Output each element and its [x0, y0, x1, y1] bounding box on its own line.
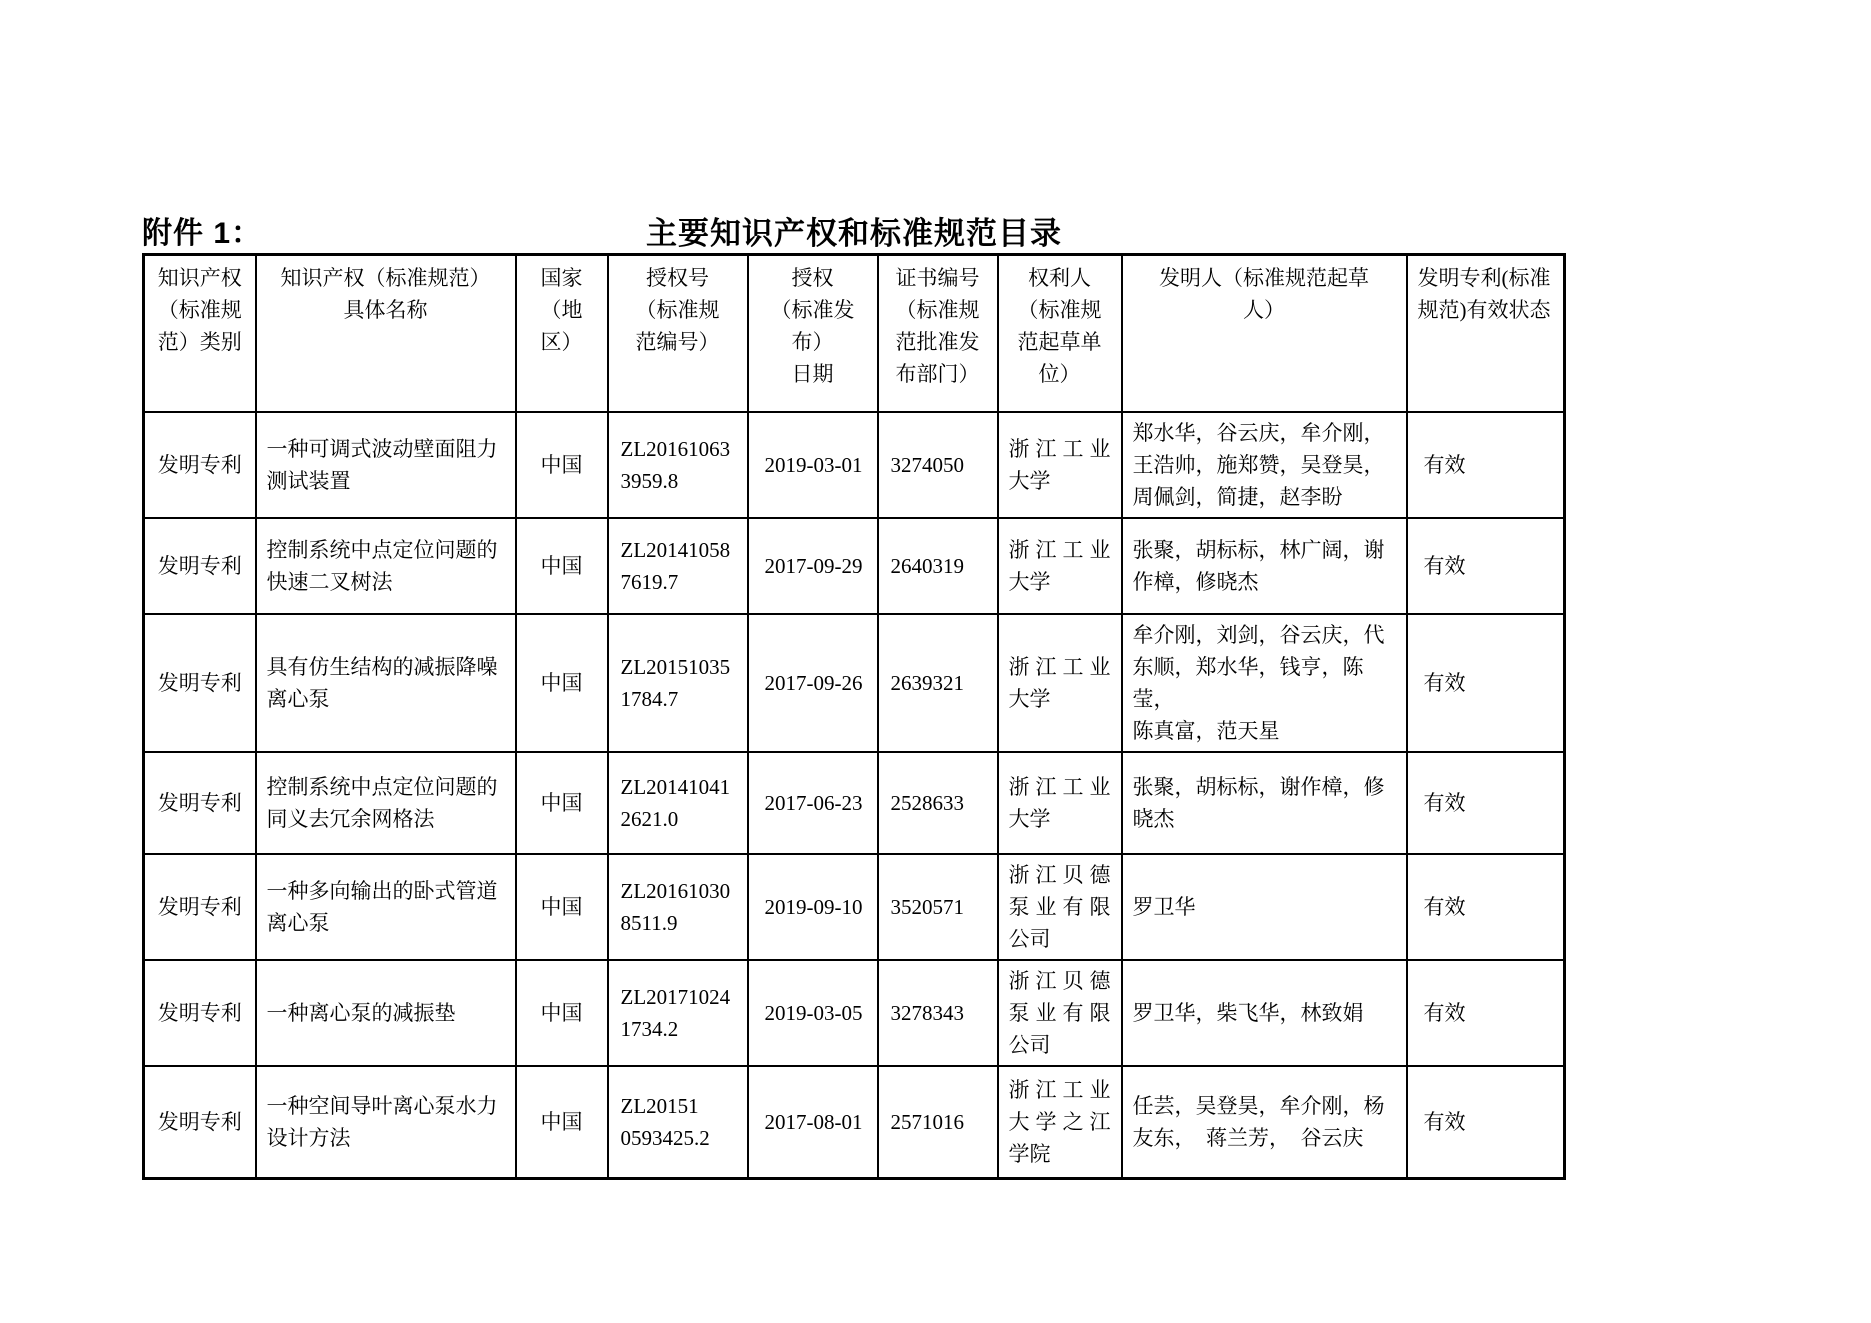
- cell-category: 发明专利: [144, 960, 256, 1066]
- table-body: 发明专利 一种可调式波动壁面阻力 测试装置 中国 ZL20161063 3959…: [144, 412, 1565, 1179]
- page-title: 主要知识产权和标准规范目录: [142, 212, 1566, 256]
- cell-inventors: 张聚，胡标标，谢作樟，修 晓杰: [1122, 752, 1407, 854]
- cell-name: 具有仿生结构的减振降噪 离心泵: [256, 614, 516, 752]
- cell-status: 有效: [1407, 960, 1565, 1066]
- table-row: 发明专利 一种多向输出的卧式管道 离心泵 中国 ZL20161030 8511.…: [144, 854, 1565, 960]
- cell-name: 一种离心泵的减振垫: [256, 960, 516, 1066]
- table-row: 发明专利 控制系统中点定位问题的 同义去冗余网格法 中国 ZL20141041 …: [144, 752, 1565, 854]
- table-row: 发明专利 一种空间导叶离心泵水力 设计方法 中国 ZL20151 0593425…: [144, 1066, 1565, 1179]
- cell-number: ZL20141041 2621.0: [608, 752, 748, 854]
- cell-inventors: 罗卫华: [1122, 854, 1407, 960]
- cell-country: 中国: [516, 752, 608, 854]
- cell-inventors: 任芸，吴登昊，牟介刚，杨 友东， 蒋兰芳， 谷云庆: [1122, 1066, 1407, 1179]
- cell-date: 2017-08-01: [748, 1066, 878, 1179]
- cell-date: 2019-03-05: [748, 960, 878, 1066]
- document-page: 附件 1： 主要知识产权和标准规范目录 知识产权 （标准规 范）类别 知识产权（…: [0, 0, 1871, 1323]
- column-header-country: 国家 （地 区）: [516, 255, 608, 412]
- cell-certificate: 2639321: [878, 614, 998, 752]
- cell-certificate: 3274050: [878, 412, 998, 518]
- table-row: 发明专利 一种离心泵的减振垫 中国 ZL20171024 1734.2 2019…: [144, 960, 1565, 1066]
- cell-country: 中国: [516, 854, 608, 960]
- cell-country: 中国: [516, 960, 608, 1066]
- ip-standards-table: 知识产权 （标准规 范）类别 知识产权（标准规范） 具体名称 国家 （地 区） …: [142, 253, 1566, 1180]
- cell-inventors: 张聚，胡标标，林广阔，谢 作樟，修晓杰: [1122, 518, 1407, 614]
- cell-category: 发明专利: [144, 614, 256, 752]
- column-header-rights-holder: 权利人 （标准规 范起草单 位）: [998, 255, 1122, 412]
- table-header-row: 知识产权 （标准规 范）类别 知识产权（标准规范） 具体名称 国家 （地 区） …: [144, 255, 1565, 412]
- cell-country: 中国: [516, 614, 608, 752]
- table-row: 发明专利 具有仿生结构的减振降噪 离心泵 中国 ZL20151035 1784.…: [144, 614, 1565, 752]
- cell-rights-holder: 浙江贝德泵业有限公司: [998, 854, 1122, 960]
- cell-rights-holder: 浙江工业大学: [998, 614, 1122, 752]
- attachment-label: 附件 1：: [142, 212, 262, 256]
- title-band: 附件 1： 主要知识产权和标准规范目录: [142, 212, 1566, 256]
- cell-rights-holder: 浙江工业大学: [998, 752, 1122, 854]
- cell-date: 2017-09-29: [748, 518, 878, 614]
- cell-category: 发明专利: [144, 854, 256, 960]
- cell-category: 发明专利: [144, 752, 256, 854]
- cell-status: 有效: [1407, 752, 1565, 854]
- table-row: 发明专利 一种可调式波动壁面阻力 测试装置 中国 ZL20161063 3959…: [144, 412, 1565, 518]
- cell-number: ZL20151035 1784.7: [608, 614, 748, 752]
- cell-name: 一种多向输出的卧式管道 离心泵: [256, 854, 516, 960]
- cell-date: 2019-09-10: [748, 854, 878, 960]
- cell-rights-holder: 浙江贝德泵业有限公司: [998, 960, 1122, 1066]
- column-header-date: 授权 （标准发 布） 日期: [748, 255, 878, 412]
- cell-category: 发明专利: [144, 518, 256, 614]
- cell-country: 中国: [516, 518, 608, 614]
- cell-date: 2017-06-23: [748, 752, 878, 854]
- cell-certificate: 2528633: [878, 752, 998, 854]
- table-row: 发明专利 控制系统中点定位问题的 快速二叉树法 中国 ZL20141058 76…: [144, 518, 1565, 614]
- cell-name: 一种空间导叶离心泵水力 设计方法: [256, 1066, 516, 1179]
- cell-certificate: 3520571: [878, 854, 998, 960]
- cell-certificate: 3278343: [878, 960, 998, 1066]
- cell-rights-holder: 浙江工业大学: [998, 518, 1122, 614]
- cell-number: ZL20161030 8511.9: [608, 854, 748, 960]
- column-header-certificate: 证书编号 （标准规 范批准发 布部门）: [878, 255, 998, 412]
- cell-country: 中国: [516, 1066, 608, 1179]
- cell-inventors: 牟介刚，刘剑，谷云庆，代 东顺，郑水华，钱亨，陈莹， 陈真富，范天星: [1122, 614, 1407, 752]
- cell-name: 控制系统中点定位问题的 快速二叉树法: [256, 518, 516, 614]
- cell-country: 中国: [516, 412, 608, 518]
- cell-certificate: 2640319: [878, 518, 998, 614]
- cell-status: 有效: [1407, 518, 1565, 614]
- column-header-status: 发明专利(标准 规范)有效状态: [1407, 255, 1565, 412]
- cell-rights-holder: 浙江工业大学之江学院: [998, 1066, 1122, 1179]
- cell-status: 有效: [1407, 412, 1565, 518]
- column-header-name: 知识产权（标准规范） 具体名称: [256, 255, 516, 412]
- cell-category: 发明专利: [144, 1066, 256, 1179]
- cell-name: 一种可调式波动壁面阻力 测试装置: [256, 412, 516, 518]
- cell-status: 有效: [1407, 1066, 1565, 1179]
- cell-name: 控制系统中点定位问题的 同义去冗余网格法: [256, 752, 516, 854]
- column-header-number: 授权号 （标准规 范编号）: [608, 255, 748, 412]
- cell-status: 有效: [1407, 614, 1565, 752]
- column-header-inventors: 发明人（标准规范起草 人）: [1122, 255, 1407, 412]
- cell-number: ZL20151 0593425.2: [608, 1066, 748, 1179]
- cell-inventors: 罗卫华，柴飞华，林致娟: [1122, 960, 1407, 1066]
- cell-date: 2017-09-26: [748, 614, 878, 752]
- cell-status: 有效: [1407, 854, 1565, 960]
- cell-number: ZL20141058 7619.7: [608, 518, 748, 614]
- cell-rights-holder: 浙江工业大学: [998, 412, 1122, 518]
- cell-category: 发明专利: [144, 412, 256, 518]
- cell-date: 2019-03-01: [748, 412, 878, 518]
- cell-number: ZL20171024 1734.2: [608, 960, 748, 1066]
- column-header-category: 知识产权 （标准规 范）类别: [144, 255, 256, 412]
- cell-number: ZL20161063 3959.8: [608, 412, 748, 518]
- cell-inventors: 郑水华，谷云庆，牟介刚， 王浩帅，施郑赞，吴登昊， 周佩剑，简捷，赵李盼: [1122, 412, 1407, 518]
- cell-certificate: 2571016: [878, 1066, 998, 1179]
